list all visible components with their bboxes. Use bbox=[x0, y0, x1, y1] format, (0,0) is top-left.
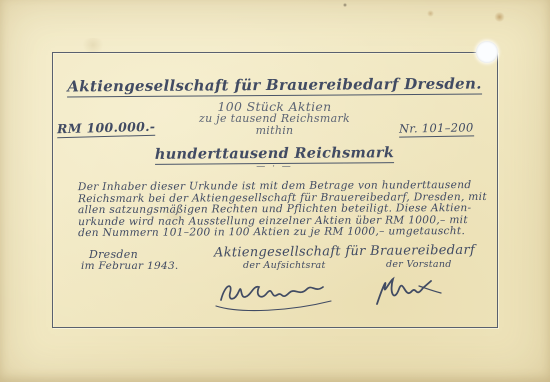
paper-stain bbox=[494, 12, 505, 22]
issue-date: im Februar 1943. bbox=[81, 260, 179, 272]
paper-stain bbox=[427, 10, 434, 17]
paper-stain bbox=[80, 38, 106, 52]
serial-numbers: Nr. 101–200 bbox=[399, 120, 474, 135]
hole-punch bbox=[476, 41, 498, 63]
certificate-scan: Aktiengesellschaft für Brauereibedarf Dr… bbox=[0, 0, 550, 382]
nominal-value: RM 100.000.- bbox=[57, 119, 156, 137]
signature-title-vorstand: der Vorstand bbox=[386, 259, 452, 270]
aufsichtsrat-signature bbox=[213, 276, 337, 316]
sum-heading: hunderttausend Reichsmark bbox=[52, 143, 497, 163]
body-paragraph: Der Inhaber dieser Urkunde ist mit dem B… bbox=[78, 180, 498, 240]
body-line: den Nummern 101–200 in 100 Aktien zu je … bbox=[78, 226, 498, 240]
document-title-text: Aktiengesellschaft für Brauereibedarf Dr… bbox=[67, 75, 482, 98]
document-title: Aktiengesellschaft für Brauereibedarf Dr… bbox=[52, 74, 497, 95]
vorstand-signature bbox=[363, 272, 451, 312]
signature-title-aufsichtsrat: der Aufsichtsrat bbox=[243, 260, 326, 271]
issuer-name: Aktiengesellschaft für Brauereibedarf bbox=[214, 242, 504, 260]
paper-speck bbox=[343, 3, 347, 7]
sum-flourish: — · — bbox=[52, 162, 497, 172]
